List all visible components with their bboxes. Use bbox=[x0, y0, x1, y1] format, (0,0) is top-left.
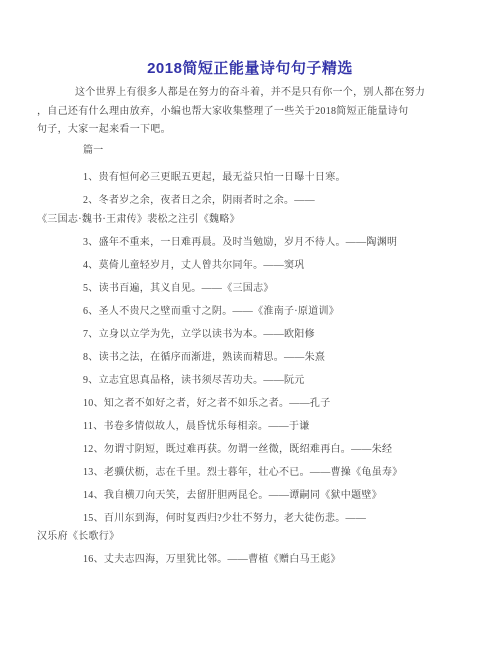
document-page: 2018简短正能量诗句句子精选 这个世界上有很多人都是在努力的奋斗着，并不是只有… bbox=[0, 0, 500, 647]
section-label: 篇一 bbox=[37, 142, 439, 161]
quote-item: 8、读书之法，在循序而渐进，熟读而精思。——朱熹 bbox=[37, 349, 439, 368]
quote-item: 3、盛年不重来，一日难再晨。及时当勉励，岁月不待人。——陶渊明 bbox=[37, 234, 439, 253]
quote-item: 11、书卷多情似故人，晨昏忧乐每相亲。——于谦 bbox=[37, 418, 439, 437]
quote-item: 6、圣人不贵尺之壁而重寸之阴。——《淮南子·原道训》 bbox=[37, 303, 439, 322]
quote-item: 10、知之者不如好之者，好之者不如乐之者。——孔子 bbox=[37, 395, 439, 414]
quote-item: 15、百川东到海，何时复西归?少壮不努力，老大徒伤悲。—— 汉乐府《长歌行》 bbox=[37, 510, 439, 547]
quote-item: 5、读书百遍，其义自见。——《三国志》 bbox=[37, 280, 439, 299]
quote-item: 13、老骥伏枥，志在千里。烈士暮年，壮心不已。——曹操《龟虽寿》 bbox=[37, 464, 439, 483]
quote-item: 12、勿谓寸阴短，既过难再获。勿谓一丝微，既绍难再白。——朱经 bbox=[37, 441, 439, 460]
quote-item: 9、立志宜思真品格，读书须尽苦功夫。——阮元 bbox=[37, 372, 439, 391]
quote-item: 7、立身以立学为先，立学以读书为本。——欧阳修 bbox=[37, 326, 439, 345]
quote-list: 1、贵有恒何必三更眠五更起，最无益只怕一日曝十日寒。 2、冬者岁之余，夜者日之余… bbox=[37, 169, 439, 570]
quote-item: 14、我自横刀向天笑，去留肝胆两昆仑。——谭嗣同《狱中题壁》 bbox=[37, 487, 439, 506]
quote-item: 1、贵有恒何必三更眠五更起，最无益只怕一日曝十日寒。 bbox=[37, 169, 439, 188]
quote-item: 4、莫倚儿童轻岁月，丈人曾共尔同年。——窦巩 bbox=[37, 257, 439, 276]
quote-item: 16、丈夫志四海，万里犹比邻。——曹植《赠白马王彪》 bbox=[37, 551, 439, 570]
page-title: 2018简短正能量诗句句子精选 bbox=[0, 58, 500, 80]
quote-item: 2、冬者岁之余，夜者日之余，阴雨者时之余。—— 《三国志·魏书·王肃传》裴松之注… bbox=[37, 192, 439, 229]
intro-paragraph: 这个世界上有很多人都是在努力的奋斗着，并不是只有你一个，别人都在努力 ，自己还有… bbox=[37, 84, 439, 140]
